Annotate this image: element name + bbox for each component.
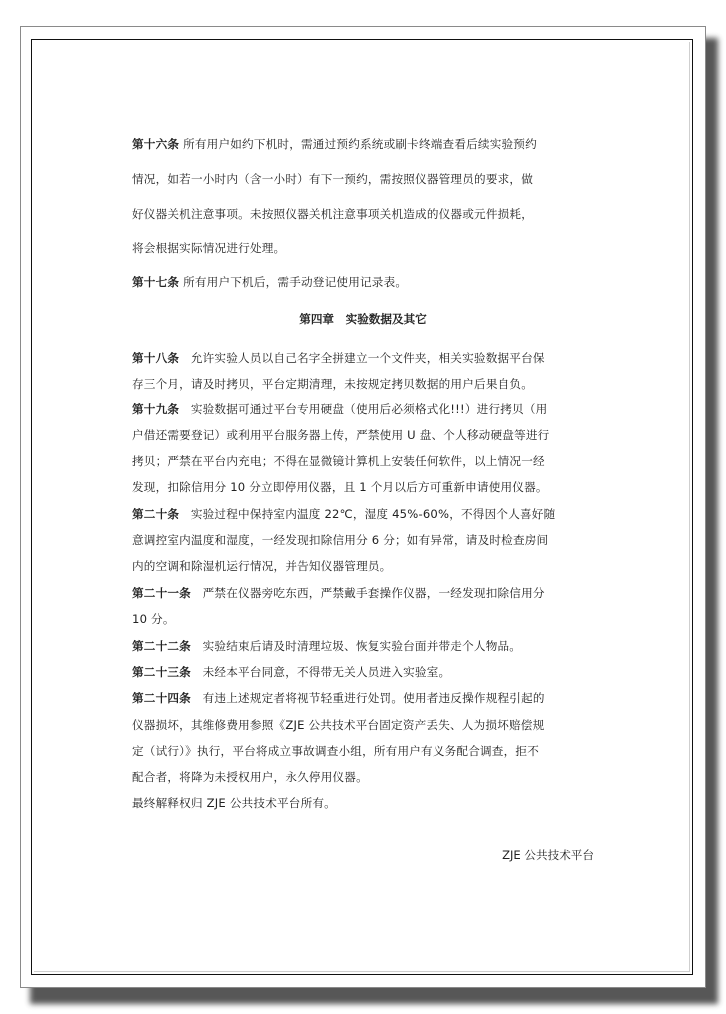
- chapter-heading: 第四章 实验数据及其它: [132, 311, 594, 327]
- article-text: 有违上述规定者将视节轻重进行处罚。使用者违反操作规程引起的: [203, 691, 545, 705]
- page-frame: 第十六条 所有用户如约下机时，需通过预约系统或刷卡终端查看后续实验预约 情况，如…: [31, 39, 693, 975]
- article-number: 第二十二条: [132, 639, 191, 653]
- article-19-line-4: 发现，扣除信用分 10 分立即停用仪器，且 1 个月以后方可重新申请使用仪器。: [132, 479, 548, 495]
- article-text: 未经本平台同意，不得带无关人员进入实验室。: [203, 665, 451, 679]
- article-20-line-1: 第二十条 实验过程中保持室内温度 22℃，湿度 45%-60%，不得因个人喜好随: [132, 506, 555, 522]
- article-16-line-1: 第十六条 所有用户如约下机时，需通过预约系统或刷卡终端查看后续实验预约: [132, 136, 537, 152]
- article-20-line-3: 内的空调和除湿机运行情况，并告知仪器管理员。: [132, 558, 391, 574]
- article-17-line-1: 第十七条 所有用户下机后，需手动登记使用记录表。: [132, 274, 407, 290]
- article-number: 第二十三条: [132, 665, 191, 679]
- article-number: 第二十一条: [132, 586, 191, 600]
- article-24-line-2: 仪器损坏，其维修费用参照《ZJE 公共技术平台固定资产丢失、人为损坏赔偿规: [132, 717, 544, 733]
- article-number: 第十九条: [132, 402, 179, 416]
- article-number: 第十八条: [132, 351, 179, 365]
- article-24-line-3: 定（试行）》执行，平台将成立事故调查小组，所有用户有义务配合调查，拒不: [132, 743, 539, 759]
- article-24-line-1: 第二十四条 有违上述规定者将视节轻重进行处罚。使用者违反操作规程引起的: [132, 690, 545, 706]
- signature: ZJE 公共技术平台: [502, 847, 594, 863]
- article-18-line-2: 存三个月，请及时拷贝，平台定期清理，未按规定拷贝数据的用户后果自负。: [132, 376, 533, 392]
- article-18-line-1: 第十八条 允许实验人员以自己名字全拼建立一个文件夹，相关实验数据平台保: [132, 350, 545, 366]
- article-number: 第二十四条: [132, 691, 191, 705]
- article-20-line-2: 意调控室内温度和湿度，一经发现扣除信用分 6 分；如有异常，请及时检查房间: [132, 532, 548, 548]
- article-22-line-1: 第二十二条 实验结束后请及时清理垃圾、恢复实验台面并带走个人物品。: [132, 638, 521, 654]
- article-23-line-1: 第二十三条 未经本平台同意，不得带无关人员进入实验室。: [132, 664, 450, 680]
- article-text: 允许实验人员以自己名字全拼建立一个文件夹，相关实验数据平台保: [191, 351, 545, 365]
- article-19-line-3: 拷贝；严禁在平台内充电；不得在显微镜计算机上安装任何软件，以上情况一经: [132, 453, 545, 469]
- article-text: 实验过程中保持室内温度 22℃，湿度 45%-60%，不得因个人喜好随: [191, 507, 556, 521]
- document-page: 第十六条 所有用户如约下机时，需通过预约系统或刷卡终端查看后续实验预约 情况，如…: [20, 26, 706, 988]
- article-19-line-2: 户借还需要登记）或利用平台服务器上传，严禁使用 U 盘、个人移动硬盘等进行: [132, 427, 549, 443]
- article-text: 实验结束后请及时清理垃圾、恢复实验台面并带走个人物品。: [203, 639, 521, 653]
- article-text: 实验数据可通过平台专用硬盘（使用后必须格式化!!!）进行拷贝（用: [191, 402, 548, 416]
- article-16-line-4: 将会根据实际情况进行处理。: [132, 240, 285, 256]
- article-text: 所有用户下机后，需手动登记使用记录表。: [183, 275, 407, 289]
- article-number: 第十六条: [132, 137, 179, 151]
- article-text: 严禁在仪器旁吃东西，严禁戴手套操作仪器，一经发现扣除信用分: [203, 586, 545, 600]
- article-21-line-1: 第二十一条 严禁在仪器旁吃东西，严禁戴手套操作仪器，一经发现扣除信用分: [132, 585, 545, 601]
- article-24-line-4: 配合者，将降为未授权用户，永久停用仪器。: [132, 769, 368, 785]
- article-21-line-2: 10 分。: [132, 611, 175, 627]
- article-16-line-2: 情况，如若一小时内（含一小时）有下一预约，需按照仪器管理员的要求，做: [132, 171, 533, 187]
- article-number: 第二十条: [132, 507, 179, 521]
- article-number: 第十七条: [132, 275, 179, 289]
- article-19-line-1: 第十九条 实验数据可通过平台专用硬盘（使用后必须格式化!!!）进行拷贝（用: [132, 401, 547, 417]
- final-statement: 最终解释权归 ZJE 公共技术平台所有。: [132, 795, 336, 811]
- article-16-line-3: 好仪器关机注意事项。未按照仪器关机注意事项关机造成的仪器或元件损耗，: [132, 206, 533, 222]
- article-text: 所有用户如约下机时，需通过预约系统或刷卡终端查看后续实验预约: [183, 137, 537, 151]
